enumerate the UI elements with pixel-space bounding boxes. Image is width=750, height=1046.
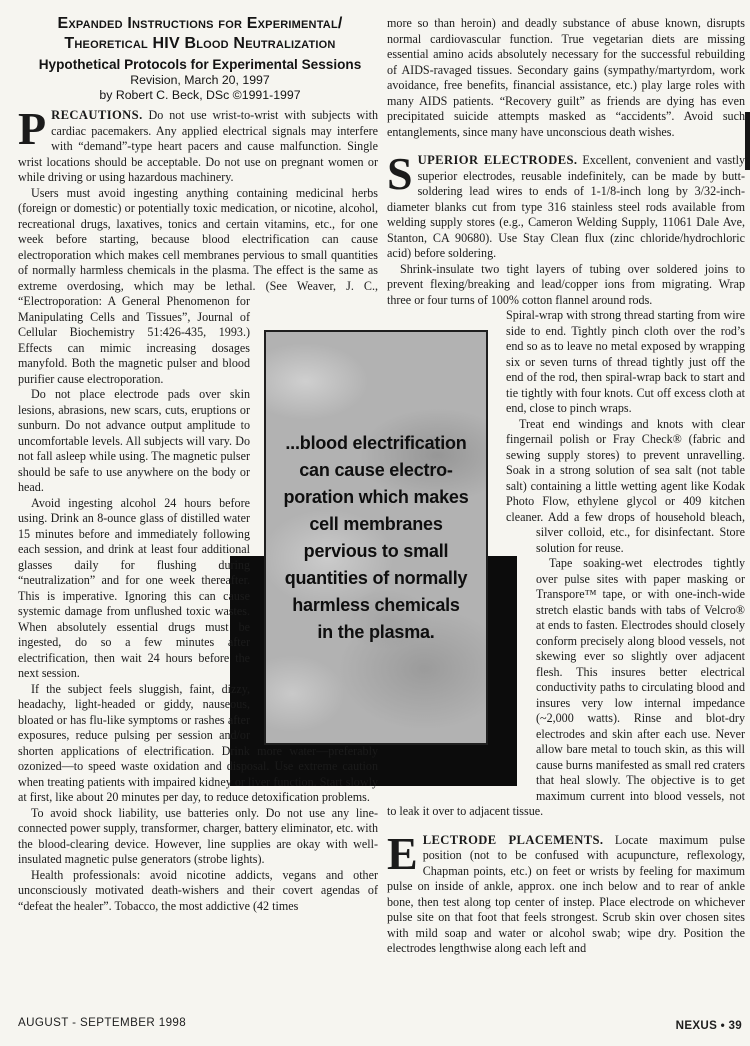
article-subtitle: Hypothetical Protocols for Experimental …: [24, 56, 376, 73]
left-column: P RECAUTIONS. Do not use wrist-to-wrist …: [18, 108, 378, 914]
paragraph-health-professionals: Health professionals: avoid nicotine add…: [18, 868, 378, 915]
footer-page-number: NEXUS • 39: [676, 1019, 742, 1032]
paragraph-heroin: more so than heroin) and deadly substanc…: [387, 16, 745, 140]
pull-quote-wrap-spacer: [256, 294, 378, 734]
paragraph-shrink-insulate: Shrink-insulate two tight layers of tubi…: [387, 262, 745, 309]
drop-cap-p: P: [18, 108, 51, 147]
paragraph-precautions: P RECAUTIONS. Do not use wrist-to-wrist …: [18, 108, 378, 186]
text-run: Excellent, convenient and vastly superio…: [387, 153, 745, 260]
paragraph-electrode-placements: E LECTRODE PLACEMENTS. Locate maximum pu…: [387, 833, 745, 957]
paragraph-shock-liability: To avoid shock liability, use batteries …: [18, 806, 378, 868]
right-column: more so than heroin) and deadly substanc…: [387, 16, 745, 957]
text-run: Users must avoid ingesting anything cont…: [18, 186, 378, 309]
section-head-electrode-placements: LECTRODE PLACEMENTS.: [423, 833, 604, 847]
magazine-page: Expanded Instructions for Experimental/ …: [0, 0, 750, 1046]
revision-date: Revision, March 20, 1997: [24, 73, 376, 88]
scan-edge-artifact: [745, 112, 750, 170]
pull-quote-wrap-spacer-upper: [387, 308, 499, 538]
author-byline: by Robert C. Beck, DSc ©1991-1997: [24, 88, 376, 103]
article-title-line-2: Theoretical HIV Blood Neutralization: [24, 34, 376, 54]
footer-issue-date: AUGUST - SEPTEMBER 1998: [18, 1016, 186, 1029]
article-title-line-1: Expanded Instructions for Experimental/: [24, 14, 376, 34]
paragraph-superior-electrodes: S UPERIOR ELECTRODES. Excellent, conveni…: [387, 153, 745, 262]
section-head-precautions: RECAUTIONS.: [51, 108, 143, 122]
text-run: Locate maximum pulse position (not to be…: [387, 833, 745, 956]
article-header: Expanded Instructions for Experimental/ …: [24, 14, 376, 103]
paragraph-users-must-avoid: Users must avoid ingesting anything cont…: [18, 186, 378, 388]
drop-cap-e: E: [387, 833, 423, 872]
section-head-superior-electrodes: UPERIOR ELECTRODES.: [418, 153, 578, 167]
pull-quote-wrap-spacer-lower: [387, 538, 529, 793]
drop-cap-s: S: [387, 153, 418, 192]
